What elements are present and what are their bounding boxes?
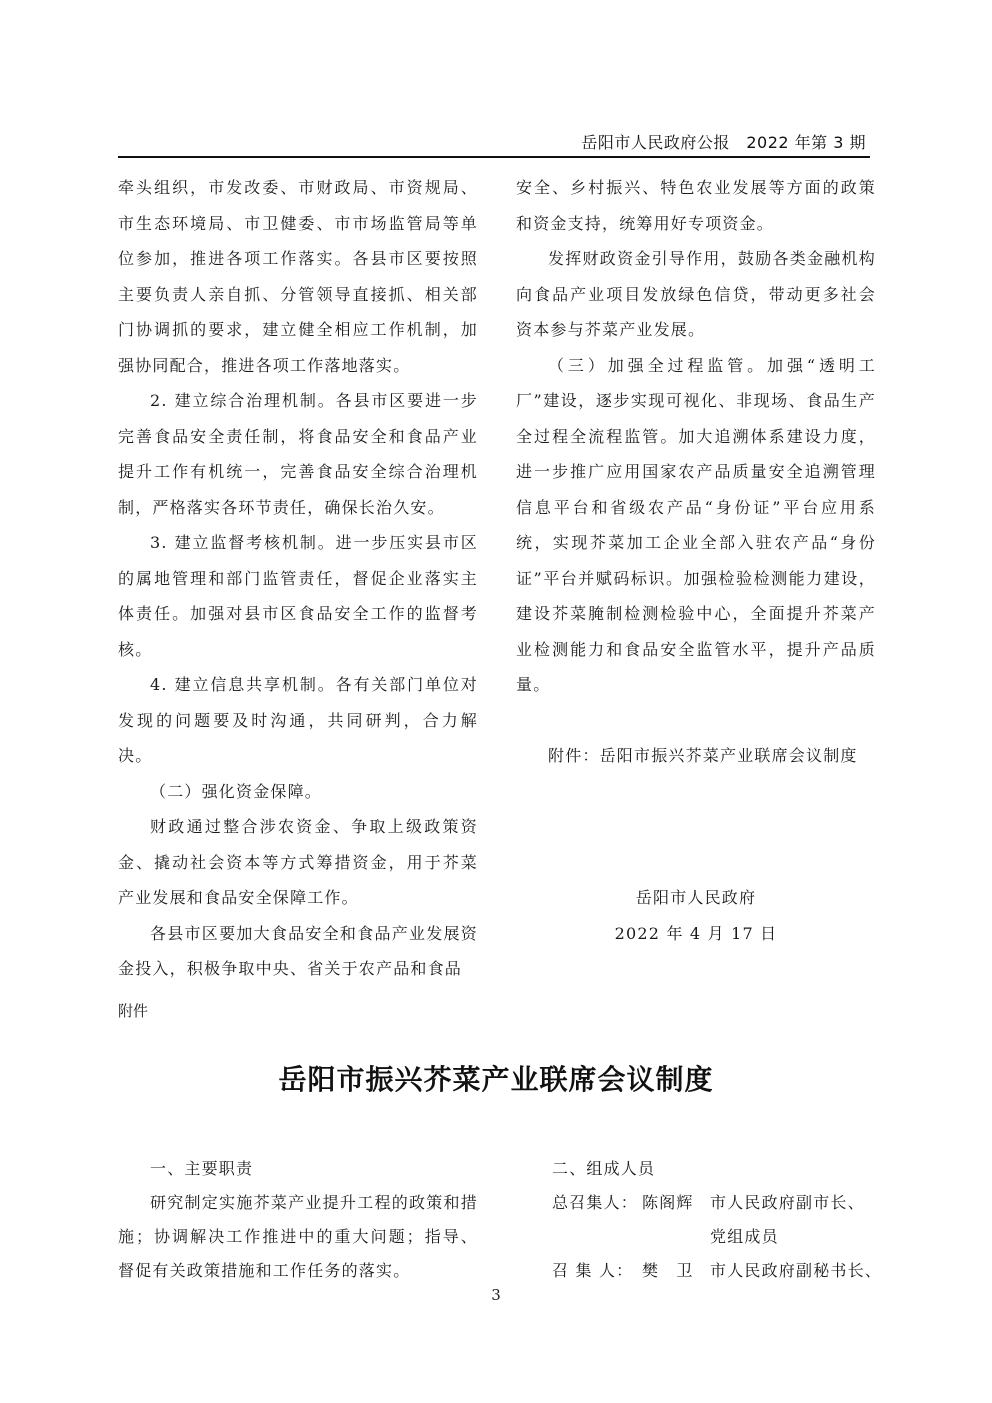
paragraph: 各县市区要加大食品安全和食品产业发展资金投入，积极争取中央、省关于农产品和食品 xyxy=(118,916,478,987)
paragraph: 4. 建立信息共享机制。各有关部门单位对发现的问题要及时沟通，共同研判，合力解决… xyxy=(118,667,478,774)
member-row: 党组成员 xyxy=(552,1220,892,1254)
paragraph: 3. 建立监督考核机制。进一步压实县市区的属地管理和部门监管责任，督促企业落实主… xyxy=(118,525,478,667)
member-role xyxy=(552,1220,642,1254)
subheading: （二）强化资金保障。 xyxy=(118,774,478,810)
paragraph: 安全、乡村振兴、特色农业发展等方面的政策和资金支持，统筹用好专项资金。 xyxy=(516,170,876,241)
member-row: 总召集人： 陈阁辉 市人民政府副市长、 xyxy=(552,1186,892,1220)
publication-title: 岳阳市人民政府公报 2022 年第 3 期 xyxy=(581,130,866,153)
paragraph: 财政通过整合涉农资金、争取上级政策资金、撬动社会资本等方式筹措资金，用于芥菜产业… xyxy=(118,809,478,916)
section-heading: 二、组成人员 xyxy=(552,1152,892,1186)
paragraph: 2. 建立综合治理机制。各县市区要进一步完善食品安全责任制，将食品安全和食品产业… xyxy=(118,383,478,525)
member-post: 党组成员 xyxy=(710,1220,892,1254)
left-column: 牵头组织，市发改委、市财政局、市资规局、市生态环境局、市卫健委、市市场监管局等单… xyxy=(118,170,478,987)
member-name: 樊 卫 xyxy=(642,1254,710,1288)
section-members: 二、组成人员 总召集人： 陈阁辉 市人民政府副市长、 党组成员 召 集 人： 樊… xyxy=(552,1152,892,1288)
member-role: 总召集人： xyxy=(552,1186,642,1220)
section-responsibilities: 一、主要职责 研究制定实施芥菜产业提升工程的政策和措施；协调解决工作推进中的重大… xyxy=(118,1152,478,1288)
page-number: 3 xyxy=(0,1286,992,1304)
member-name xyxy=(642,1220,710,1254)
attachment-title: 岳阳市振兴芥菜产业联席会议制度 xyxy=(0,1058,992,1098)
member-name: 陈阁辉 xyxy=(642,1186,710,1220)
right-column: 安全、乡村振兴、特色农业发展等方面的政策和资金支持，统筹用好专项资金。 发挥财政… xyxy=(516,170,876,951)
member-role: 召 集 人： xyxy=(552,1254,642,1288)
member-row: 召 集 人： 樊 卫 市人民政府副秘书长、 xyxy=(552,1254,892,1288)
section-heading: 一、主要职责 xyxy=(118,1152,478,1186)
member-post: 市人民政府副市长、 xyxy=(710,1186,892,1220)
paragraph: 发挥财政资金引导作用，鼓励各类金融机构向食品产业项目发放绿色信贷，带动更多社会资… xyxy=(516,241,876,348)
publication-header: 岳阳市人民政府公报 2022 年第 3 期 xyxy=(118,128,870,158)
signature-issuer: 岳阳市人民政府 xyxy=(516,880,876,916)
attachment-note: 附件：岳阳市振兴芥菜产业联席会议制度 xyxy=(516,738,876,774)
paragraph: （三）加强全过程监管。加强“透明工厂”建设，逐步实现可视化、非现场、食品生产全过… xyxy=(516,348,876,703)
paragraph: 研究制定实施芥菜产业提升工程的政策和措施；协调解决工作推进中的重大问题；指导、督… xyxy=(118,1186,478,1288)
attachment-label: 附件 xyxy=(118,1000,148,1021)
signature-date: 2022 年 4 月 17 日 xyxy=(516,916,876,952)
paragraph: 牵头组织，市发改委、市财政局、市资规局、市生态环境局、市卫健委、市市场监管局等单… xyxy=(118,170,478,383)
member-post: 市人民政府副秘书长、 xyxy=(710,1254,892,1288)
